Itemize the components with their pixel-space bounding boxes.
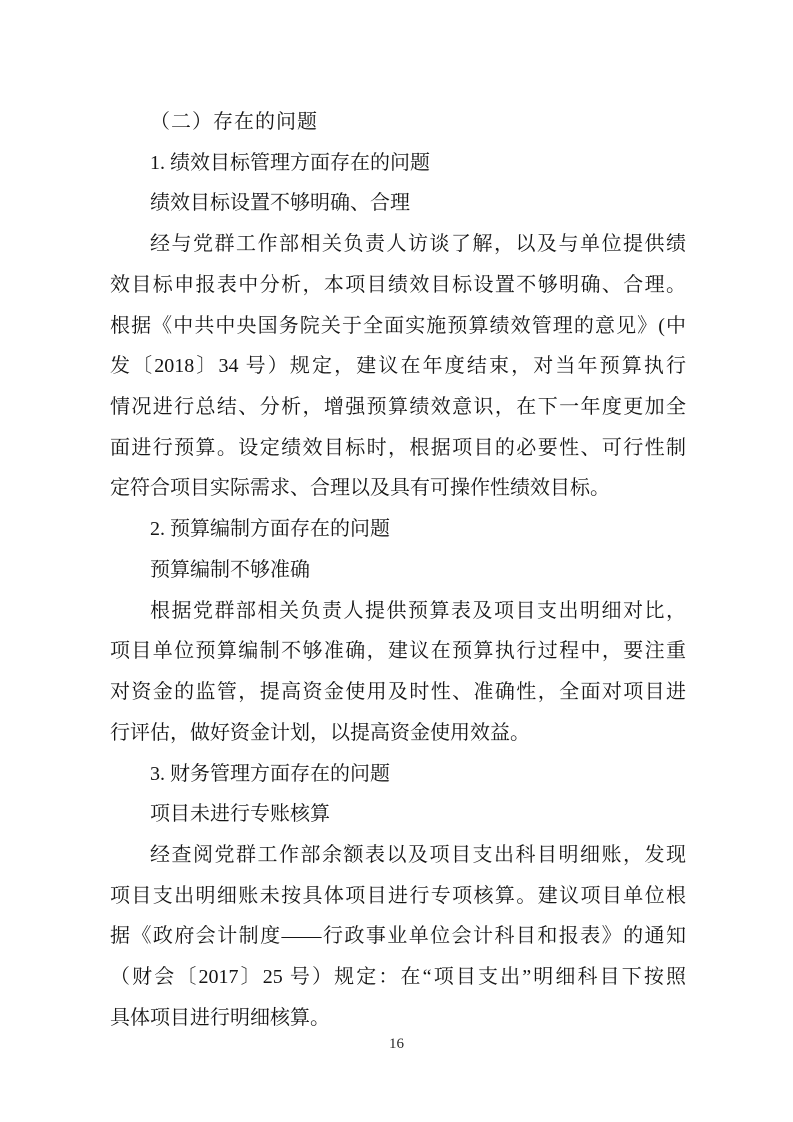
page-number: 16 xyxy=(0,1036,793,1053)
paragraph-1-line: 情况进行总结、分析，增强预算绩效意识，在下一年度更加全 xyxy=(110,387,686,428)
subsection-2-issue-title: 预算编制不够准确 xyxy=(110,550,686,591)
paragraph-2-line: 项目单位预算编制不够准确，建议在预算执行过程中，要注重 xyxy=(110,631,686,672)
paragraph-3-line: （财会〔2017〕25 号）规定：在“项目支出”明细科目下按照 xyxy=(110,957,686,998)
paragraph-1-line: 发〔2018〕34 号）规定，建议在年度结束，对当年预算执行 xyxy=(110,346,686,387)
paragraph-2-line: 对资金的监管，提高资金使用及时性、准确性，全面对项目进 xyxy=(110,672,686,713)
subsection-1-issue-title: 绩效目标设置不够明确、合理 xyxy=(110,183,686,224)
subsection-3-issue-title: 项目未进行专账核算 xyxy=(110,794,686,835)
paragraph-1-line: 定符合项目实际需求、合理以及具有可操作性绩效目标。 xyxy=(110,468,686,509)
section-heading: （二）存在的问题 xyxy=(110,102,686,143)
paragraph-1-line: 经与党群工作部相关负责人访谈了解，以及与单位提供绩 xyxy=(110,224,686,265)
paragraph-1-line: 面进行预算。设定绩效目标时，根据项目的必要性、可行性制 xyxy=(110,428,686,469)
page-content: （二）存在的问题 1. 绩效目标管理方面存在的问题 绩效目标设置不够明确、合理 … xyxy=(110,102,686,1039)
document-page: （二）存在的问题 1. 绩效目标管理方面存在的问题 绩效目标设置不够明确、合理 … xyxy=(0,0,793,1122)
paragraph-2-line: 行评估，做好资金计划，以提高资金使用效益。 xyxy=(110,713,686,754)
paragraph-3-line: 经查阅党群工作部余额表以及项目支出科目明细账，发现 xyxy=(110,835,686,876)
paragraph-3-line: 据《政府会计制度——行政事业单位会计科目和报表》的通知 xyxy=(110,916,686,957)
subsection-1-title: 1. 绩效目标管理方面存在的问题 xyxy=(110,143,686,184)
paragraph-3-line: 具体项目进行明细核算。 xyxy=(110,998,686,1039)
paragraph-1-line: 根据《中共中央国务院关于全面实施预算绩效管理的意见》(中 xyxy=(110,306,686,347)
paragraph-3-line: 项目支出明细账未按具体项目进行专项核算。建议项目单位根 xyxy=(110,876,686,917)
paragraph-2-line: 根据党群部相关负责人提供预算表及项目支出明细对比， xyxy=(110,591,686,632)
paragraph-1-line: 效目标申报表中分析，本项目绩效目标设置不够明确、合理。 xyxy=(110,265,686,306)
subsection-2-title: 2. 预算编制方面存在的问题 xyxy=(110,509,686,550)
subsection-3-title: 3. 财务管理方面存在的问题 xyxy=(110,754,686,795)
